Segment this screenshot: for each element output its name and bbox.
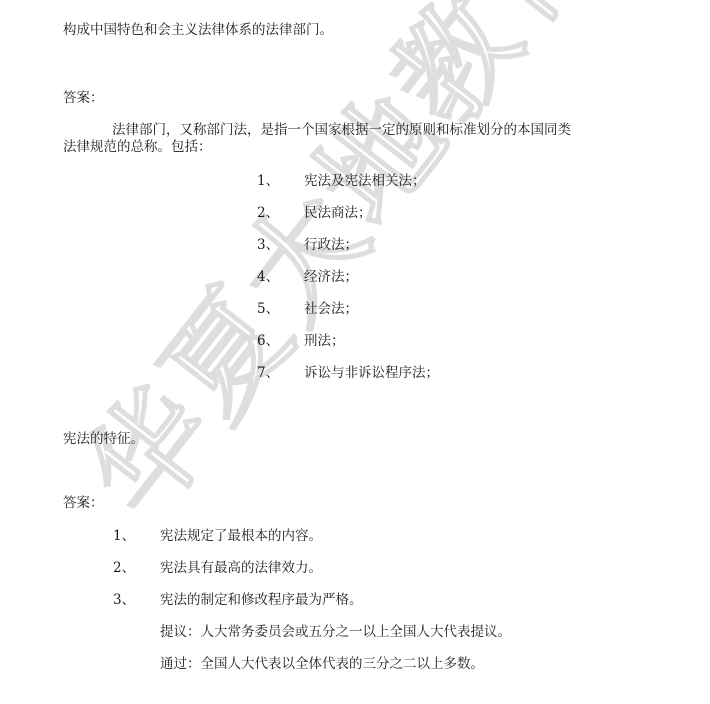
list-item-text: 行政法； xyxy=(304,236,358,254)
list-item-text: 宪法具有最高的法律效力。 xyxy=(160,559,322,577)
question-2-answer-label: 答案： xyxy=(63,494,104,512)
list-item-text: 宪法的制定和修改程序最为严格。 xyxy=(160,591,363,609)
watermark-text: 华夏大地教育网 xyxy=(40,0,708,545)
list-item-text: 刑法； xyxy=(304,332,345,350)
question-1-title: 构成中国特色和会主义法律体系的法律部门。 xyxy=(63,21,333,39)
list-item-text: 社会法； xyxy=(304,300,358,318)
list-item-text: 宪法规定了最根本的内容。 xyxy=(160,527,322,545)
question-1-paragraph-line-2: 法律规范的总称。包括： xyxy=(63,138,212,156)
list-item-number: 2、 xyxy=(257,204,279,222)
list-item-number: 6、 xyxy=(257,332,279,350)
list-item-number: 2、 xyxy=(113,559,135,577)
list-item-number: 1、 xyxy=(113,527,135,545)
question-2-note-proposal: 提议：人大常务委员会或五分之一以上全国人大代表提议。 xyxy=(160,623,511,641)
list-item-number: 3、 xyxy=(257,236,279,254)
question-2-note-adoption: 通过：全国人大代表以全体代表的三分之二以上多数。 xyxy=(160,655,484,673)
list-item-text: 经济法； xyxy=(304,268,358,286)
list-item-number: 1、 xyxy=(257,172,279,190)
list-item-number: 5、 xyxy=(257,300,279,318)
list-item-text: 诉讼与非诉讼程序法； xyxy=(304,364,439,382)
list-item-number: 7、 xyxy=(257,364,279,382)
question-1-answer-label: 答案： xyxy=(63,89,104,107)
question-2-title: 宪法的特征。 xyxy=(63,430,144,448)
list-item-text: 民法商法； xyxy=(304,204,372,222)
list-item-text: 宪法及宪法相关法； xyxy=(304,172,426,190)
document-page: 华夏大地教育网 构成中国特色和会主义法律体系的法律部门。 答案： 法律部门，又称… xyxy=(0,0,710,704)
list-item-number: 4、 xyxy=(257,268,279,286)
question-1-paragraph-line-1: 法律部门，又称部门法，是指一个国家根据一定的原则和标准划分的本国同类 xyxy=(112,121,571,139)
list-item-number: 3、 xyxy=(113,591,135,609)
